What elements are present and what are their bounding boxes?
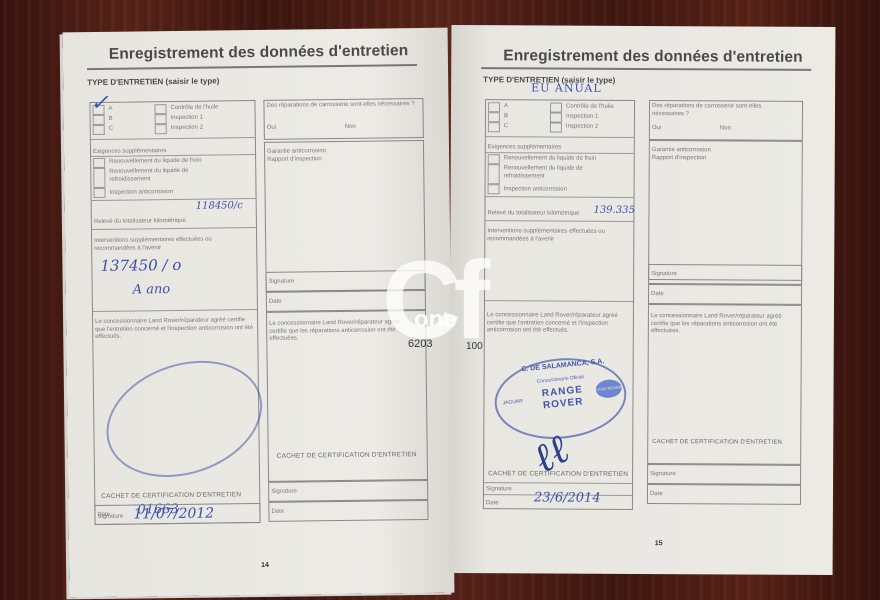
dealer-certification-text: Le concessionnaire Land Rover/réparateur… [651, 313, 791, 336]
maintenance-form-box: A B C Contrôle de l'huile Inspection 1 I… [89, 100, 260, 525]
odometer-value: 139.335 [593, 205, 634, 216]
divider [92, 227, 256, 230]
signature-label: Signature [486, 486, 512, 494]
stamp-label: CACHET DE CERTIFICATION D'ENTRETIEN [277, 451, 417, 460]
type-c-label: C [109, 126, 113, 134]
stamp-label: CACHET DE CERTIFICATION D'ENTRETIEN [652, 439, 782, 446]
page-number: 15 [655, 540, 663, 547]
land-rover-logo-icon: LAND ROVER [595, 378, 623, 398]
signature-label: Signature [650, 471, 676, 479]
title-rule [87, 64, 417, 70]
date-value: 23/6/2014 [534, 490, 601, 505]
coolant-label: Renouvellement du liquide de refroidisse… [109, 168, 204, 184]
oui-label[interactable]: Oui [267, 125, 276, 133]
exigences-title: Exigences supplémentaires [488, 144, 561, 152]
oil-check-checkbox[interactable] [154, 104, 166, 114]
type-a-checkbox[interactable] [488, 102, 500, 112]
oil-check-checkbox[interactable] [550, 103, 562, 113]
inspection-2-label: Inspection 2 [171, 125, 203, 133]
title-rule [481, 67, 811, 71]
inspection-2-label: Inspection 2 [566, 124, 598, 132]
checkmark-icon: ✓ [90, 91, 109, 116]
coolant-checkbox[interactable] [488, 164, 500, 184]
brake-fluid-label: Renouvellement du liquide de frein [504, 155, 596, 163]
right-page: Enregistrement des données d'entretien T… [449, 25, 836, 575]
maintenance-form-box: A B C Contrôle de l'huile Inspection 1 I… [483, 99, 635, 510]
date-label: Date [650, 491, 663, 499]
brake-fluid-checkbox[interactable] [93, 158, 105, 168]
date-label: Date [651, 291, 664, 299]
watermark-word: one [414, 306, 457, 334]
type-a-label: A [504, 103, 508, 111]
divider [486, 196, 634, 198]
interventions-handwriting-1: 137450 / o [100, 256, 181, 275]
cfone-watermark: Cf one 6203 100 [382, 238, 502, 358]
page-number: 14 [261, 562, 269, 569]
date-label: Date [97, 512, 110, 520]
type-c-checkbox[interactable] [93, 125, 105, 135]
interventions-handwriting-2: A ano [133, 282, 171, 297]
date-value: 11/07/2012 [133, 506, 214, 523]
anticorrosion-box: Garantie anticorrosion Rapport d'inspect… [648, 140, 803, 281]
type-a-label: A [108, 106, 112, 114]
date-row-2: Date [648, 284, 802, 305]
date-row-3: Date [647, 484, 801, 505]
dealer-stamp [91, 341, 278, 496]
type-c-label: C [504, 123, 508, 131]
stamp-label: CACHET DE CERTIFICATION D'ENTRETIEN [488, 470, 628, 478]
garantie-label: Garantie anticorrosion [652, 147, 711, 155]
type-b-checkbox[interactable] [488, 112, 500, 122]
signature-label: Signature [651, 271, 677, 279]
date-label: Date [486, 500, 499, 508]
inspection-2-checkbox[interactable] [550, 123, 562, 133]
inspection-1-checkbox[interactable] [550, 113, 562, 123]
date-label: Date [269, 299, 282, 307]
oil-check-label: Contrôle de l'huile [170, 104, 218, 112]
type-c-checkbox[interactable] [488, 122, 500, 132]
rapport-label: Rapport d'inspection [267, 156, 322, 164]
stamp-label: CACHET DE CERTIFICATION D'ENTRETIEN [101, 491, 241, 500]
type-b-label: B [109, 116, 113, 124]
date-row-3: Date [268, 500, 428, 522]
anticorrosion-label: Inspection anticorrosion [109, 189, 172, 197]
watermark-right-number: 100 [466, 341, 483, 352]
stamp-dealer-name: C. DE SALAMANCA, S.A. [521, 358, 605, 375]
anticorrosion-label: Inspection anticorrosion [504, 186, 567, 194]
type-b-label: B [504, 113, 508, 121]
signature-row-3: Signature [268, 480, 428, 502]
divider [484, 482, 632, 484]
dealer-certification-text: Le concessionnaire Land Rover/réparateur… [95, 317, 255, 341]
signature-row-3: Signature [647, 464, 801, 485]
divider [485, 300, 633, 302]
dealer-stamp: C. DE SALAMANCA, S.A. Concesionario Ofic… [491, 352, 630, 445]
certification-box-2: Le concessionnaire Land Rover/réparateur… [647, 304, 802, 465]
odometer-label: Relevé du totalisateur kilométrique [487, 210, 579, 218]
type-label: TYPE D'ENTRETIEN (saisir le type) [87, 76, 219, 87]
divider [93, 309, 257, 312]
interventions-label: Interventions supplémentaires effectuées… [94, 236, 252, 253]
oui-label[interactable]: Oui [652, 125, 661, 133]
inspection-2-checkbox[interactable] [155, 124, 167, 134]
signature-label: Signature [271, 489, 297, 497]
bodywork-question: Des réparations de carrosserie sont-elle… [652, 103, 792, 119]
oil-check-label: Contrôle de l'huile [566, 104, 614, 112]
divider [486, 152, 634, 154]
stamp-rover: ROVER [543, 396, 585, 412]
date-row: Date 11/07/2012 [94, 503, 260, 525]
bodywork-box: Des réparations de carrosserie sont-elle… [649, 100, 803, 141]
odometer-value: 118450/c [196, 200, 243, 212]
type-handwriting: EU ANUAL [531, 81, 602, 94]
brake-fluid-checkbox[interactable] [488, 154, 500, 164]
date-label: Date [271, 509, 284, 517]
odometer-label: Relevé du totalisateur kilométrique [94, 218, 186, 227]
divider [91, 137, 255, 140]
divider [485, 220, 633, 222]
bodywork-question: Des réparations de carrosserie sont-elle… [266, 101, 416, 110]
inspection-1-label: Inspection 1 [566, 114, 598, 122]
page-title: Enregistrement des données d'entretien [503, 47, 803, 67]
signature-row-2: Signature [648, 264, 802, 285]
type-b-checkbox[interactable] [93, 115, 105, 125]
rapport-label: Rapport d'inspection [652, 155, 707, 163]
coolant-checkbox[interactable] [93, 168, 105, 188]
page-title: Enregistrement des données d'entretien [109, 42, 409, 64]
stamp-subtitle: Concesionario Oficial [536, 374, 584, 385]
anticorrosion-checkbox[interactable] [488, 184, 500, 194]
non-label[interactable]: Non [345, 124, 356, 132]
stamp-jaguar-logo: JAGUAR [502, 398, 523, 406]
watermark-left-number: 6203 [408, 338, 432, 350]
garantie-label: Garantie anticorrosion [267, 148, 326, 156]
coolant-label: Renouvellement du liquide de refroidisse… [504, 165, 599, 180]
bodywork-box: Des réparations de carrosserie sont-elle… [263, 98, 423, 140]
signature-label: Signature [269, 279, 295, 287]
dealer-certification-text: Le concessionnaire Land Rover/réparateur… [487, 312, 631, 335]
brake-fluid-label: Renouvellement du liquide de frein [109, 158, 201, 167]
divider [486, 136, 634, 138]
non-label[interactable]: Non [720, 125, 731, 133]
inspection-1-checkbox[interactable] [155, 114, 167, 124]
interventions-label: Interventions supplémentaires effectuées… [487, 228, 627, 244]
anticorrosion-checkbox[interactable] [93, 188, 105, 198]
inspection-1-label: Inspection 1 [171, 115, 203, 123]
